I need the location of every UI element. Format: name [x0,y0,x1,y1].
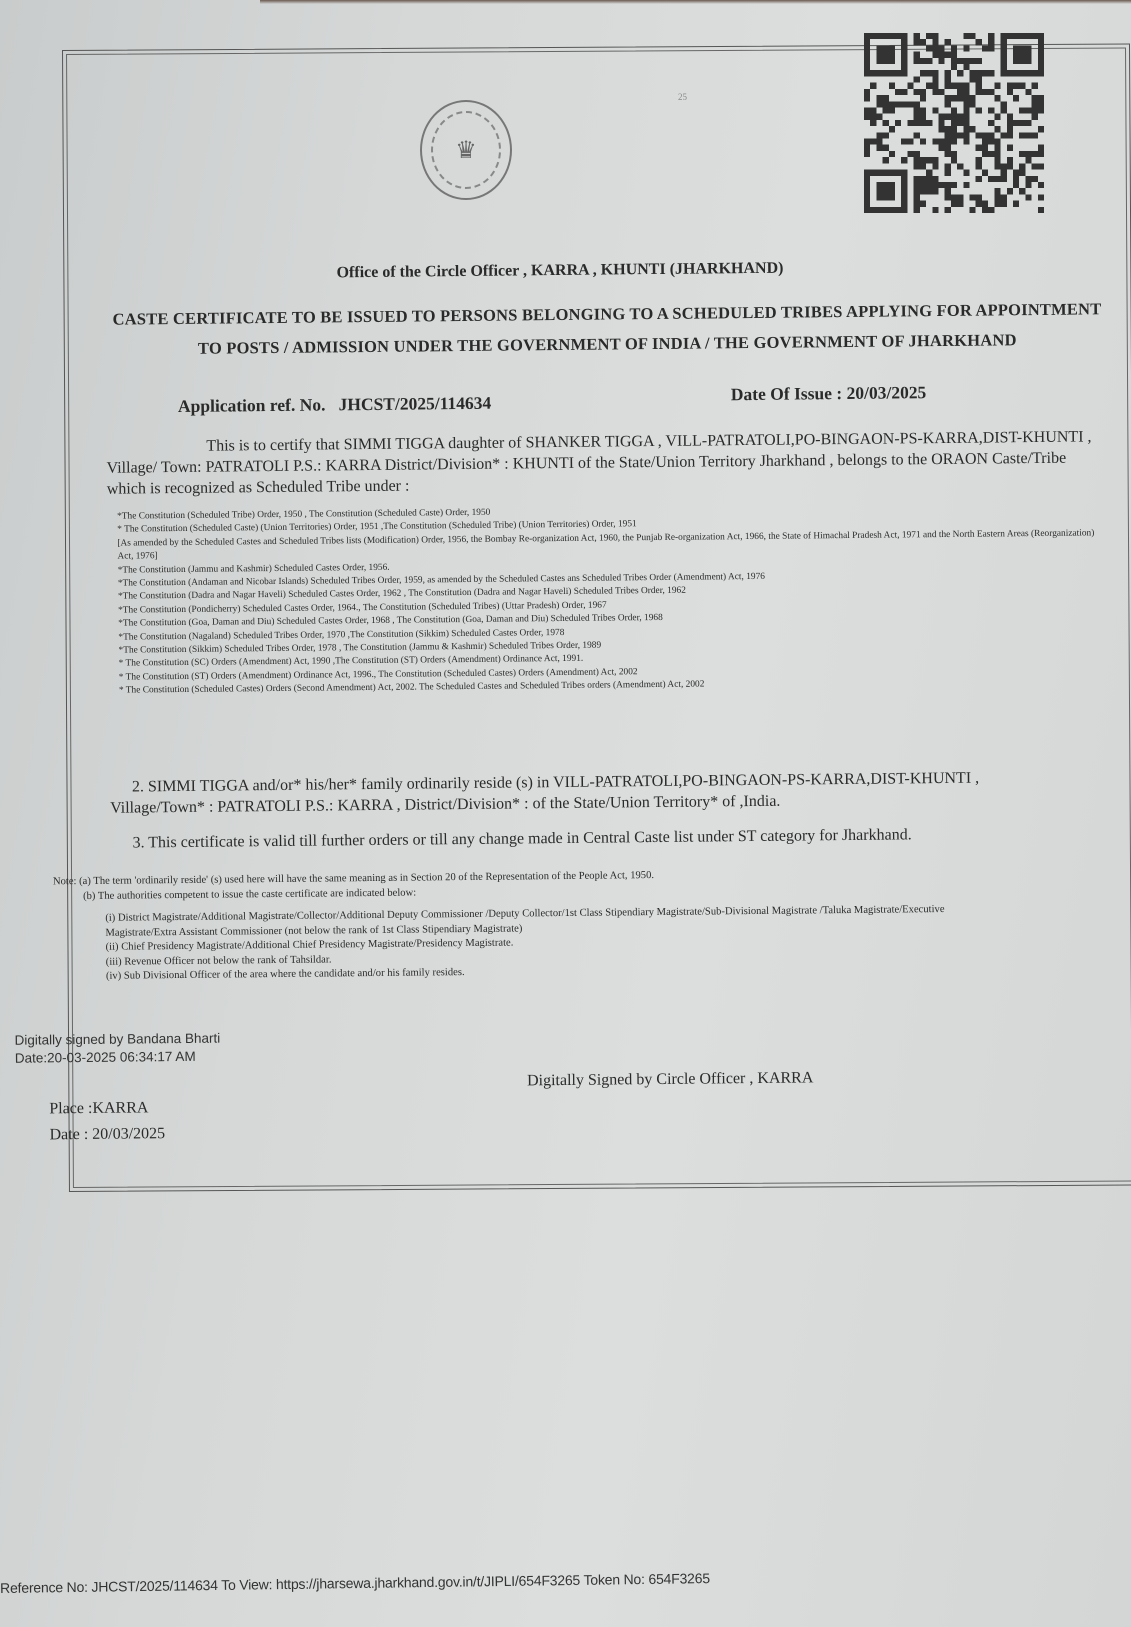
certificate-heading: CASTE CERTIFICATE TO BE ISSUED TO PERSON… [112,294,1103,364]
place-date: Place :KARRA Date : 20/03/2025 [49,1095,165,1148]
date-of-issue: Date Of Issue : 20/03/2025 [731,382,927,405]
residence-paragraph: 2. SIMMI TIGGA and/or* his/her* family o… [110,767,1070,819]
constitution-orders-list: *The Constitution (Scheduled Tribe) Orde… [117,500,1109,698]
office-title: Office of the Circle Officer , KARRA , K… [336,260,783,283]
digital-signature-stamp: Digitally signed by Bandana Bharti Date:… [14,1030,220,1068]
application-ref-label: Application ref. No. [178,394,326,416]
digital-signer: Digitally signed by Bandana Bharti [14,1030,220,1050]
date: Date : 20/03/2025 [49,1121,165,1148]
application-ref: Application ref. No. JHCST/2025/114634 [178,393,491,417]
validity-paragraph: 3. This certificate is valid till furthe… [132,826,911,852]
certify-paragraph: This is to certify that SIMMI TIGGA daug… [106,426,1107,499]
notes-section: Note: (a) The term 'ordinarily reside' (… [53,865,1014,985]
place: Place :KARRA [49,1095,165,1122]
digital-sign-date: Date:20-03-2025 06:34:17 AM [15,1048,221,1068]
certificate-content: Office of the Circle Officer , KARRA , K… [0,0,1131,1627]
application-ref-value: JHCST/2025/114634 [338,393,491,415]
signed-by: Digitally Signed by Circle Officer , KAR… [527,1069,814,1090]
